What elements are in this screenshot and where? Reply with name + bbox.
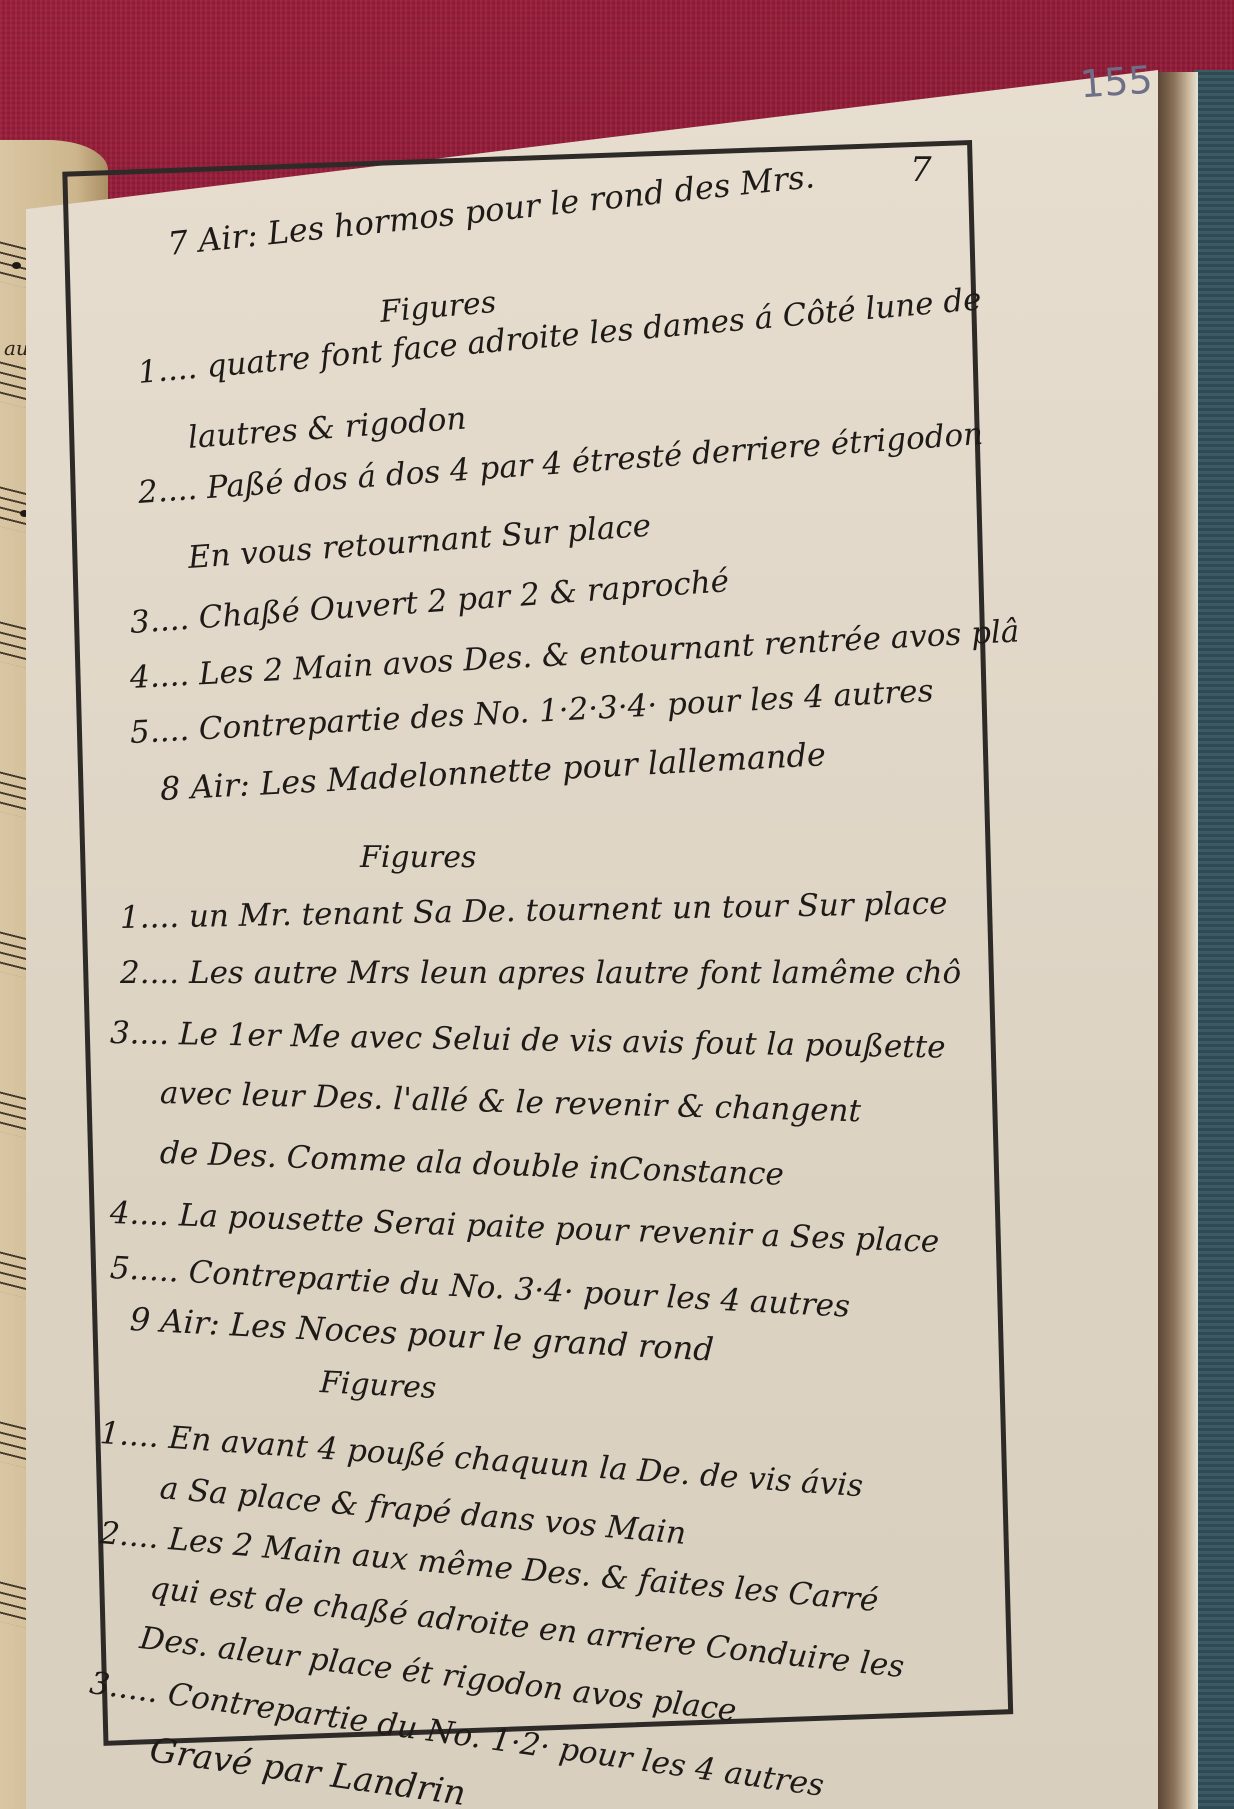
- figure-item: 2.... Les autre Mrs leun apres lautre fo…: [120, 955, 961, 991]
- page-block-edge: [1158, 72, 1198, 1809]
- page-number: 7: [910, 150, 932, 190]
- music-annotation: au: [4, 336, 29, 360]
- book-cover-cloth: [1194, 70, 1234, 1809]
- pencil-folio-number: 155: [1079, 58, 1154, 107]
- music-note: [12, 262, 21, 269]
- figures-label: Figures: [360, 840, 476, 875]
- figures-label: Figures: [319, 1365, 437, 1406]
